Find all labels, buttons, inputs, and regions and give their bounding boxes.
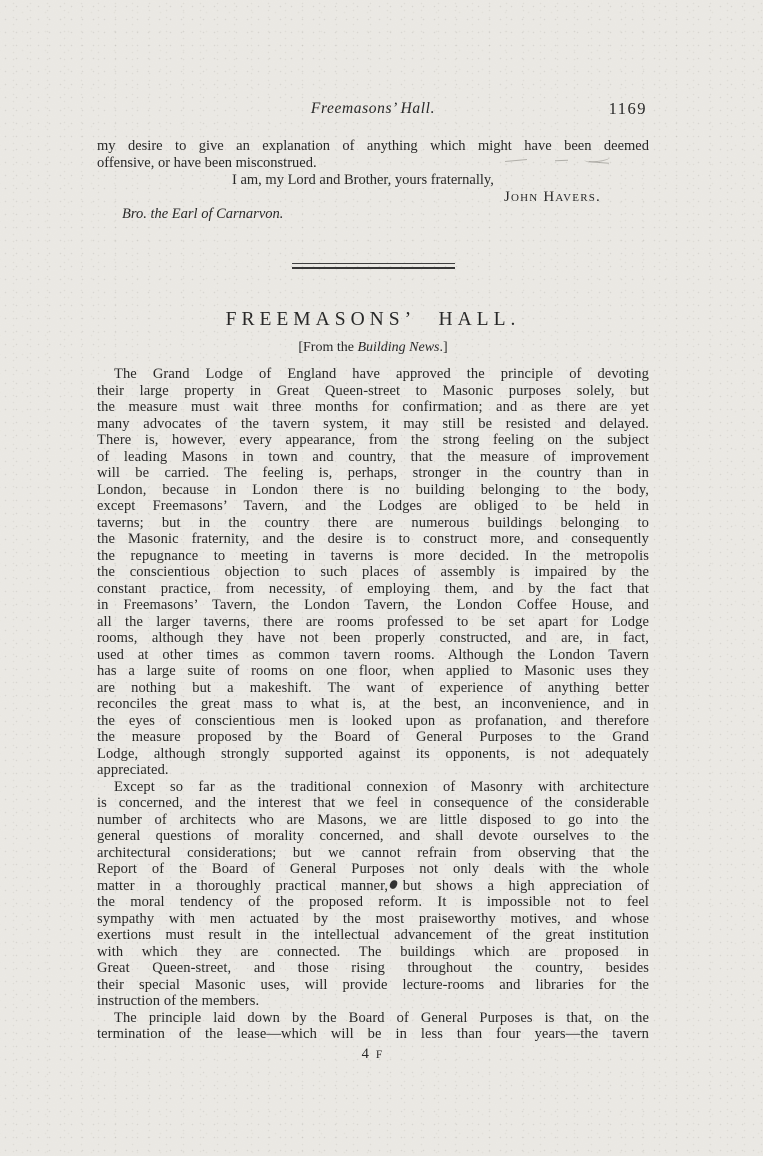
addressee: Bro. the Earl of Carnarvon. bbox=[122, 206, 649, 223]
letter-closing: my desire to give an explanation of anyt… bbox=[97, 138, 649, 223]
letter-continuation-line: my desire to give an explanation of anyt… bbox=[97, 138, 649, 155]
text-line: will be carried. The feeling is, perhaps… bbox=[97, 465, 649, 482]
running-head: Freemasons’ Hall. bbox=[97, 100, 649, 118]
article-source: [From the Building News.] bbox=[97, 340, 649, 356]
text-line: Lodge, although strongly supported again… bbox=[97, 746, 649, 763]
text-line: London, because in London there is no bu… bbox=[97, 482, 649, 499]
text-line: their special Masonic uses, will provide… bbox=[97, 977, 649, 994]
article-paragraph: The principle laid down by the Board of … bbox=[97, 1010, 649, 1043]
text-line: the measure must wait three months for c… bbox=[97, 399, 649, 416]
text-line: Report of the Board of General Purposes … bbox=[97, 861, 649, 878]
text-line: The Grand Lodge of England have approved… bbox=[97, 366, 649, 383]
page-number: 1169 bbox=[609, 99, 647, 119]
signature-mark: 4F bbox=[97, 1046, 649, 1063]
letter-end-line: offensive, or have been misconstrued. bbox=[97, 155, 649, 172]
text-line: the repugnance to meeting in taverns is … bbox=[97, 548, 649, 565]
divider-rule-bottom bbox=[292, 267, 455, 269]
text-line: are nothing but a makeshift. The want of… bbox=[97, 680, 649, 697]
text-line: general questions of morality concerned,… bbox=[97, 828, 649, 845]
divider-rule-top bbox=[292, 263, 455, 264]
text-line: in Freemasons’ Tavern, the London Tavern… bbox=[97, 597, 649, 614]
text-line: sympathy with men actuated by the most p… bbox=[97, 911, 649, 928]
source-prefix: [From the bbox=[298, 340, 357, 355]
text-line: exertions must result in the intellectua… bbox=[97, 927, 649, 944]
text-line: the Masonic fraternity, and the desire i… bbox=[97, 531, 649, 548]
signature-mark-letter: F bbox=[376, 1049, 384, 1061]
text-line: except Freemasons’ Tavern, and the Lodge… bbox=[97, 498, 649, 515]
article-title: FREEMASONS’ HALL. bbox=[97, 309, 649, 331]
text-line: The principle laid down by the Board of … bbox=[97, 1010, 649, 1027]
article-paragraph: The Grand Lodge of England have approved… bbox=[97, 366, 649, 779]
text-line: architectural considerations; but we can… bbox=[97, 845, 649, 862]
text-line: Except so far as the traditional connexi… bbox=[97, 779, 649, 796]
text-line: instruction of the members. bbox=[97, 993, 649, 1010]
text-line: the moral tendency of the proposed refor… bbox=[97, 894, 649, 911]
text-line: the conscientious objection to such plac… bbox=[97, 564, 649, 581]
text-line: taverns; but in the country there are nu… bbox=[97, 515, 649, 532]
text-line: appreciated. bbox=[97, 762, 649, 779]
text-line: termination of the lease—which will be i… bbox=[97, 1026, 649, 1043]
text-line: their large property in Great Queen-stre… bbox=[97, 383, 649, 400]
signature-mark-number: 4 bbox=[362, 1046, 371, 1062]
text-line: matter in a thoroughly practical manner,… bbox=[97, 878, 649, 895]
article-paragraph: Except so far as the traditional connexi… bbox=[97, 779, 649, 1010]
text-line: all the larger taverns, there are rooms … bbox=[97, 614, 649, 631]
text-line: reconciles the great mass to what is, at… bbox=[97, 696, 649, 713]
valediction: I am, my Lord and Brother, yours fratern… bbox=[232, 172, 649, 189]
text-line: many advocates of the tavern system, it … bbox=[97, 416, 649, 433]
text-line: number of architects who are Masons, we … bbox=[97, 812, 649, 829]
text-line: the eyes of conscientious men is looked … bbox=[97, 713, 649, 730]
text-line: used at other times as common tavern roo… bbox=[97, 647, 649, 664]
section-divider bbox=[97, 263, 649, 269]
text-line: has a large suite of rooms on one floor,… bbox=[97, 663, 649, 680]
text-line: the measure proposed by the Board of Gen… bbox=[97, 729, 649, 746]
article-body: The Grand Lodge of England have approved… bbox=[97, 366, 649, 1043]
text-line: rooms, although they have not been prope… bbox=[97, 630, 649, 647]
letter-signature: John Havers. bbox=[97, 189, 649, 206]
source-suffix: .] bbox=[440, 340, 448, 355]
text-line: is concerned, and the interest that we f… bbox=[97, 795, 649, 812]
text-line: Great Queen-street, and those rising thr… bbox=[97, 960, 649, 977]
text-line: with which they are connected. The build… bbox=[97, 944, 649, 961]
text-line: constant practice, from necessity, of em… bbox=[97, 581, 649, 598]
text-line: There is, however, every appearance, fro… bbox=[97, 432, 649, 449]
source-name: Building News bbox=[357, 340, 439, 355]
text-line: of leading Masons in town and country, t… bbox=[97, 449, 649, 466]
scanned-page: Freemasons’ Hall. 1169 my desire to give… bbox=[0, 0, 763, 1156]
